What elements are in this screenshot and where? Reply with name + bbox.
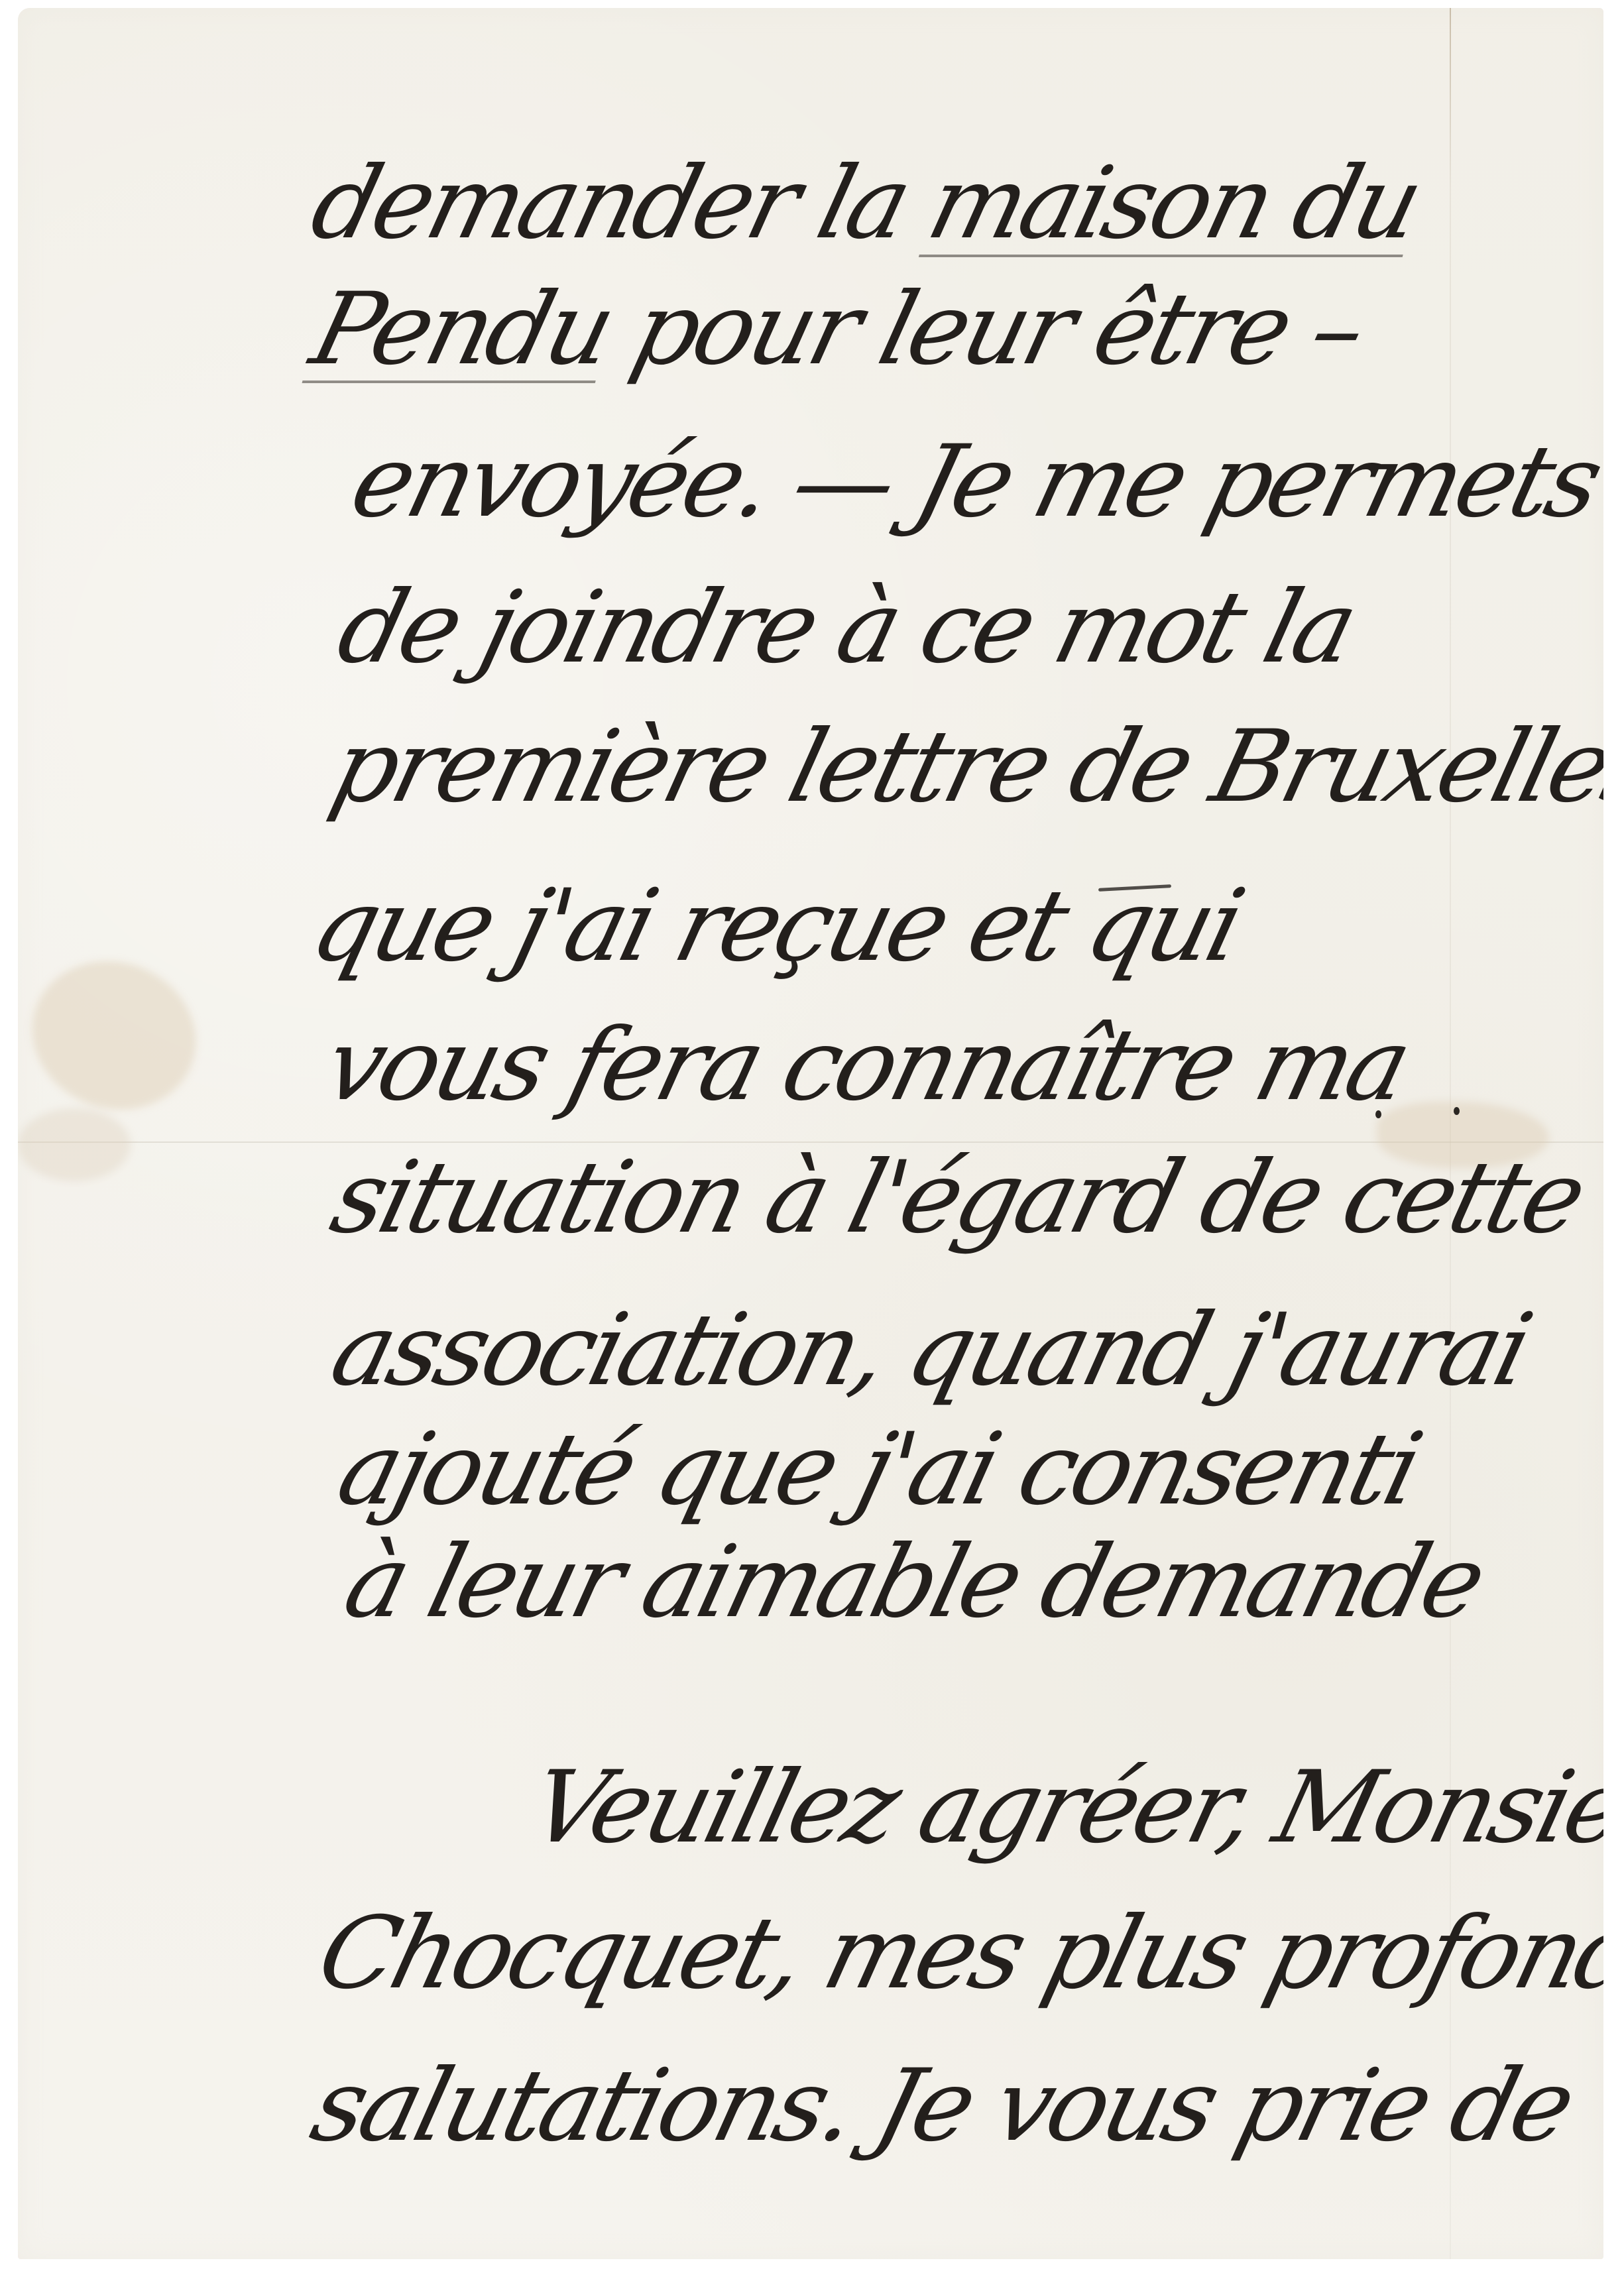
line-text: vous fera connaître ma — [314, 1008, 1419, 1123]
line-text: situation à l'égard de cette — [321, 1140, 1594, 1256]
letter-line-4: de joindre à ce mot la — [329, 578, 1363, 677]
line-text: ajouté que j'ai consenti — [327, 1412, 1429, 1527]
letter-line-14: salutations. Je vous prie de — [303, 2056, 1580, 2156]
letter-line-8: situation à l'égard de cette — [323, 1148, 1592, 1248]
letter-line-10: ajouté que j'ai consenti — [329, 1420, 1427, 1519]
letter-line-12-closing: Veuillez agréer, Monsieur — [522, 1758, 1603, 1857]
letter-line-5: première lettre de Bruxelles — [323, 717, 1603, 817]
letter-line-11: à leur aimable demande — [336, 1533, 1491, 1632]
line-text: Chocquet, mes plus profondes — [308, 1896, 1603, 2011]
line-text: pour leur être – — [594, 272, 1373, 387]
letter-line-6: que j'ai reçue et qui — [303, 876, 1249, 976]
underlined-text: Pendu — [301, 272, 623, 387]
letter-line-2: Pendu pour leur être – — [303, 280, 1372, 379]
letter-line-3: envoyée. — Je me permets — [343, 432, 1603, 532]
letter-page: demander la maison du Pendu pour leur êt… — [18, 8, 1603, 2259]
letter-line-1: demander la maison du — [303, 154, 1428, 253]
line-text: à leur aimable demande — [334, 1525, 1493, 1640]
underlined-text: maison du — [917, 146, 1430, 261]
letter-line-7: vous fera connaître ma — [316, 1016, 1417, 1115]
line-text: de joindre à ce mot la — [327, 570, 1365, 685]
line-text: que j'ai reçue et qui — [301, 868, 1251, 984]
line-text: salutations. Je vous prie de — [301, 2048, 1582, 2164]
handwritten-text: demander la maison du Pendu pour leur êt… — [18, 8, 1603, 2259]
line-text: première lettre de Bruxelles — [321, 709, 1603, 825]
line-text: demander la — [301, 146, 947, 261]
line-text: association, quand j'aurai — [321, 1293, 1539, 1408]
line-text: Veuillez agréer, Monsieur — [520, 1750, 1603, 1865]
line-text: envoyée. — Je me permets — [341, 424, 1603, 540]
letter-line-13: Chocquet, mes plus profondes — [310, 1904, 1603, 2003]
letter-line-9: association, quand j'aurai — [323, 1301, 1537, 1400]
